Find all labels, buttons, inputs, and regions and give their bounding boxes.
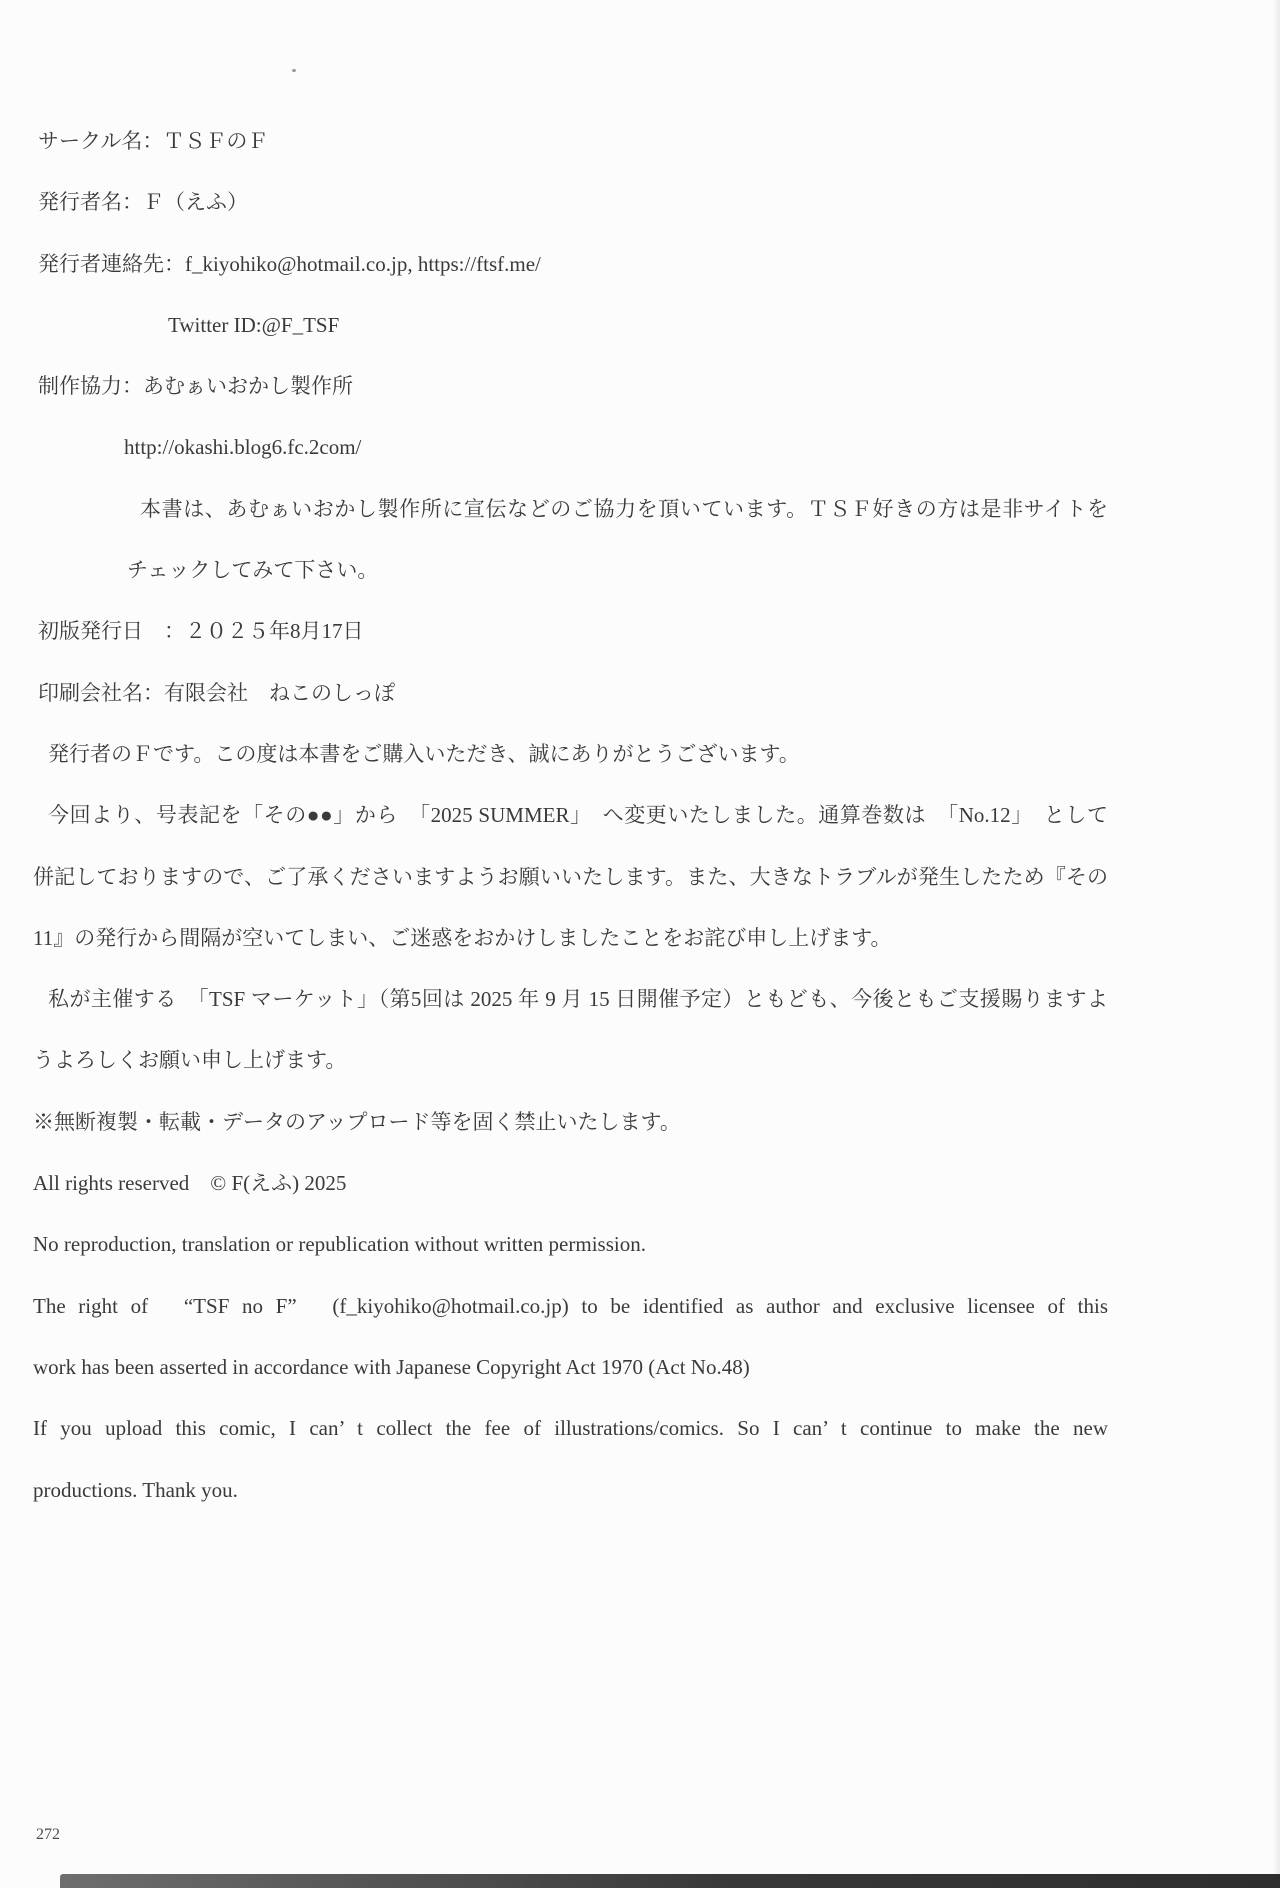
text-line: If you upload this comic, I can’ t colle… bbox=[33, 1398, 1108, 1459]
text-line: チェックしてみて下さい。 bbox=[127, 540, 1108, 601]
text-line: The right of “TSF no F” (f_kiyohiko@hotm… bbox=[33, 1276, 1108, 1337]
text-line: All rights reserved © F(えふ) 2025 bbox=[33, 1153, 1108, 1214]
scan-edge-right bbox=[1273, 0, 1280, 1888]
text-line: work has been asserted in accordance wit… bbox=[33, 1337, 1108, 1398]
text-line: 発行者連絡先：f_kiyohiko@hotmail.co.jp, https:/… bbox=[38, 234, 1108, 295]
text-line: No reproduction, translation or republic… bbox=[33, 1214, 1108, 1275]
text-line: ※無断複製・転載・データのアップロード等を固く禁止いたします。 bbox=[33, 1092, 1108, 1153]
text-line: http://okashi.blog6.fc.2com/ bbox=[124, 417, 1108, 478]
text-line: 発行者のＦです。この度は本書をご購入いただき、誠にありがとうございます。 bbox=[48, 724, 1108, 785]
text-line: 印刷会社名：有限会社 ねこのしっぽ bbox=[38, 663, 1108, 724]
colophon-text: サークル名：ＴＳＦのＦ発行者名：Ｆ（えふ）発行者連絡先：f_kiyohiko@h… bbox=[33, 111, 1108, 1521]
text-line: 本書は、あむぁいおかし製作所に宣伝などのご協力を頂いています。ＴＳＦ好きの方は是… bbox=[140, 479, 1108, 540]
page-number: 272 bbox=[36, 1826, 60, 1844]
text-line: 初版発行日 ：２０２５年8月17日 bbox=[38, 601, 1108, 662]
scan-edge-bar bbox=[60, 1874, 1280, 1888]
text-line: うよろしくお願い申し上げます。 bbox=[33, 1030, 1108, 1091]
colophon-page: サークル名：ＴＳＦのＦ発行者名：Ｆ（えふ）発行者連絡先：f_kiyohiko@h… bbox=[0, 0, 1280, 1888]
text-line: 11』の発行から間隔が空いてしまい、ご迷惑をおかけしましたことをお詫び申し上げま… bbox=[33, 908, 1108, 969]
text-line: 併記しておりますので、ご了承くださいますようお願いいたします。また、大きなトラブ… bbox=[33, 847, 1108, 908]
text-line: 私が主催する 「TSF マーケット」（第5回は 2025 年 9 月 15 日開… bbox=[48, 969, 1108, 1030]
text-line: 今回より、号表記を「その●●」から 「2025 SUMMER」 へ変更いたしまし… bbox=[48, 785, 1108, 846]
text-line: 発行者名：Ｆ（えふ） bbox=[38, 172, 1108, 233]
scan-speck bbox=[292, 69, 296, 72]
text-line: サークル名：ＴＳＦのＦ bbox=[38, 111, 1108, 172]
text-line: 制作協力：あむぁいおかし製作所 bbox=[38, 356, 1108, 417]
text-line: Twitter ID:@F_TSF bbox=[168, 295, 1108, 356]
text-line: productions. Thank you. bbox=[33, 1460, 1108, 1521]
